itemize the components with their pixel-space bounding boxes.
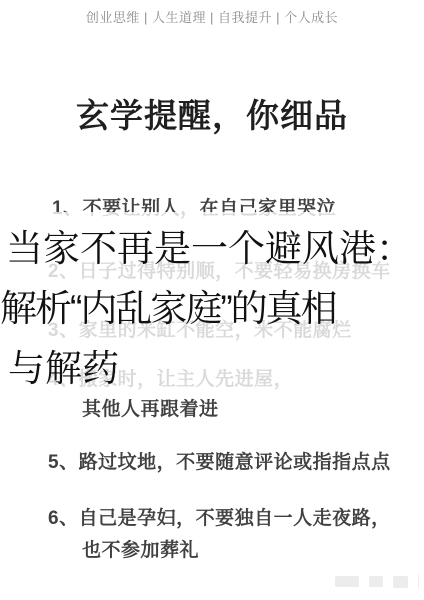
- list-item: 6、自己是孕妇，不要独自一人走夜路，: [48, 503, 391, 530]
- watermark-logo-icon: [335, 576, 359, 587]
- poster-page: 创业思维 | 人生道理 | 自我提升 | 个人成长 玄学提醒，你细品 1、不要让…: [0, 0, 424, 600]
- list-item-continuation: 其他人再跟着进: [82, 394, 219, 421]
- overlay-headline-line: 当家不再是一个避风港：: [6, 218, 413, 272]
- overlay-headline-box: 当家不再是一个避风港： 解析“内乱家庭”的真相 与解药: [0, 212, 424, 392]
- watermark-app-icon: [393, 576, 408, 588]
- page-title: 玄学提醒，你细品: [0, 90, 424, 137]
- overlay-headline-line: 解析“内乱家庭”的真相: [0, 278, 336, 332]
- watermark-divider: [418, 574, 419, 589]
- overlay-headline-line: 与解药: [8, 338, 119, 392]
- watermark-badge-icon: [369, 576, 383, 587]
- watermark: [335, 574, 419, 589]
- header-tags: 创业思维 | 人生道理 | 自我提升 | 个人成长: [0, 7, 424, 26]
- list-item-continuation: 也不参加葬礼: [82, 535, 199, 562]
- list-item: 5、路过坟地，不要随意评论或指指点点: [48, 447, 391, 474]
